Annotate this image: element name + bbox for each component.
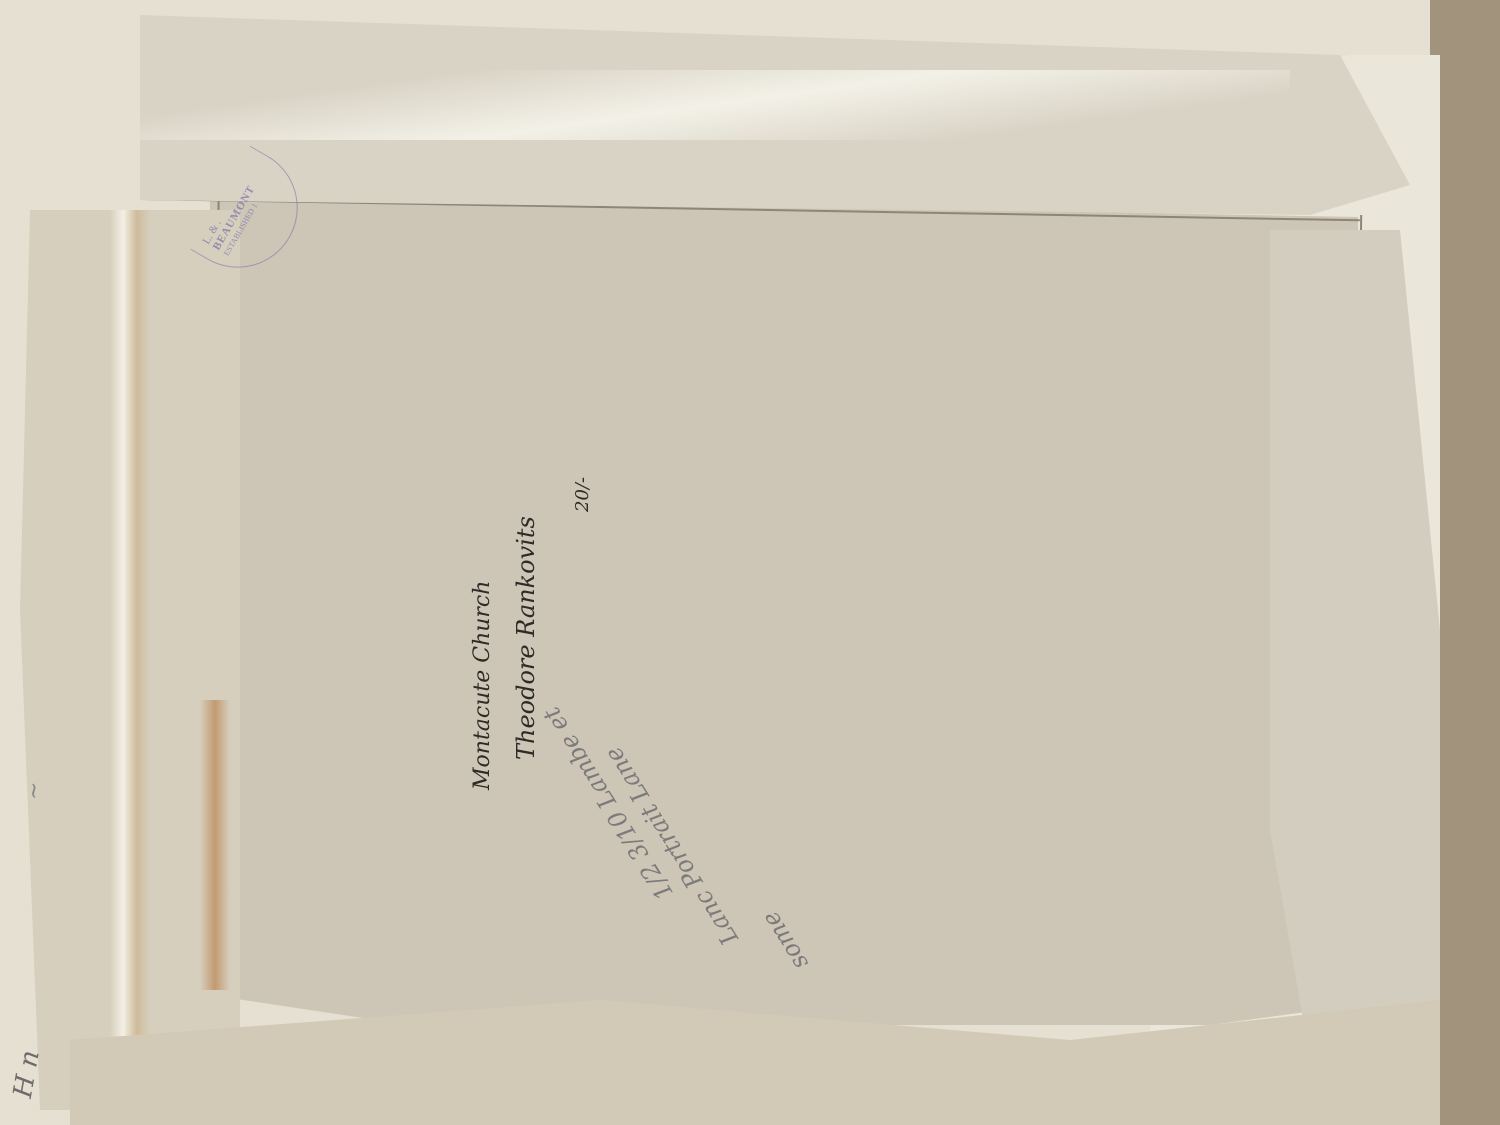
- backing-sheet: [210, 195, 1358, 1025]
- edge-sketch-mark: ~: [22, 782, 47, 800]
- ink-title-inscription: Montacute Church: [470, 581, 495, 790]
- ink-price-inscription: 20/-: [572, 477, 593, 512]
- tape-top-crease: [140, 70, 1290, 140]
- tape-left-crease: [110, 210, 150, 1110]
- foxing-stain: [200, 700, 230, 990]
- ink-artist-inscription: Theodore Rankovits: [512, 516, 540, 760]
